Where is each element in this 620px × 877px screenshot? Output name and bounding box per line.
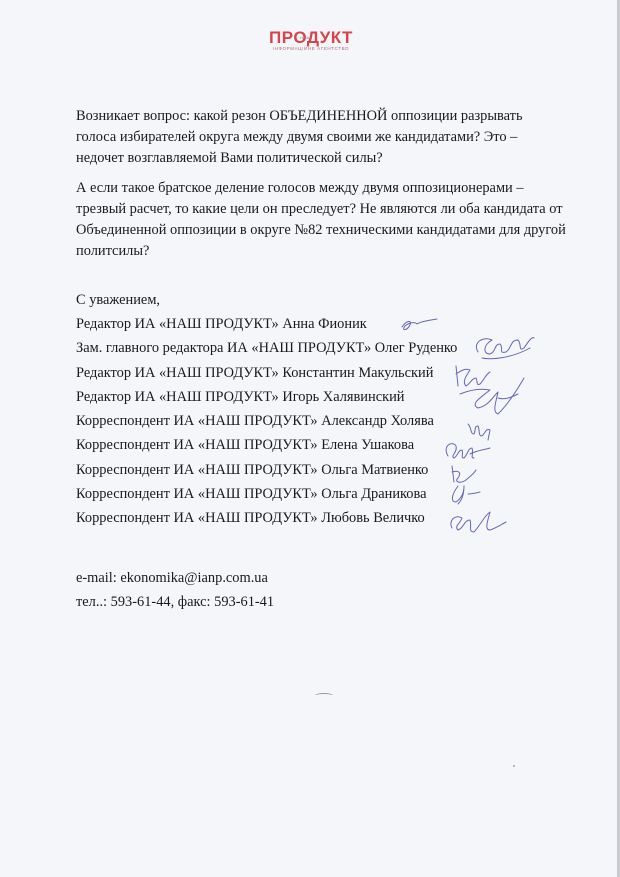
signatories-list: Редактор ИА «НАШ ПРОДУКТ» Анна Фионик За…: [76, 314, 457, 533]
paragraph-technical-candidates: А если такое братское деление голосов ме…: [76, 178, 566, 262]
logo-title: ПРОДУКТ: [266, 30, 356, 46]
logo-small-text: НАШ: [300, 35, 309, 40]
signature-icon: [482, 348, 530, 359]
scan-speck: [513, 765, 515, 767]
phone-line: тел..: 593-61-44, факс: 593-61-41: [76, 592, 274, 616]
email-line: e-mail: ekonomika@ianp.com.ua: [76, 568, 274, 592]
logo-subtitle: ІНФОРМАЦІЙНЕ АГЕНТСТВО: [266, 46, 356, 52]
signature-icon: [460, 378, 524, 414]
signatory-line: Корреспондент ИА «НАШ ПРОДУКТ» Ольга Мат…: [76, 460, 457, 484]
signatory-line: Редактор ИА «НАШ ПРОДУКТ» Игорь Халявинс…: [76, 387, 457, 411]
closing-salutation: С уважением,: [76, 290, 160, 311]
signature-icon: [476, 338, 534, 354]
signatory-line: Корреспондент ИА «НАШ ПРОДУКТ» Ольга Дра…: [76, 484, 457, 508]
logo: ПРОДУКТ НАШ ІНФОРМАЦІЙНЕ АГЕНТСТВО: [266, 30, 356, 52]
signature-icon: [451, 512, 506, 532]
signature-icon: [468, 424, 490, 440]
signature-icon: [456, 366, 490, 386]
signatory-line: Корреспондент ИА «НАШ ПРОДУКТ» Елена Уша…: [76, 435, 457, 459]
signatory-line: Корреспондент ИА «НАШ ПРОДУКТ» Любовь Ве…: [76, 508, 457, 532]
contacts: e-mail: ekonomika@ianp.com.ua тел..: 593…: [76, 568, 274, 616]
document-page: ПРОДУКТ НАШ ІНФОРМАЦІЙНЕ АГЕНТСТВО Возни…: [0, 0, 620, 877]
paragraph-question: Возникает вопрос: какой резон ОБЪЕДИНЕНН…: [76, 106, 566, 169]
signatory-line: Корреспондент ИА «НАШ ПРОДУКТ» Александр…: [76, 411, 457, 435]
signatory-line: Зам. главного редактора ИА «НАШ ПРОДУКТ»…: [76, 338, 457, 362]
stray-pen-mark: [315, 693, 333, 698]
signatory-line: Редактор ИА «НАШ ПРОДУКТ» Анна Фионик: [76, 314, 457, 338]
signatory-line: Редактор ИА «НАШ ПРОДУКТ» Константин Мак…: [76, 363, 457, 387]
